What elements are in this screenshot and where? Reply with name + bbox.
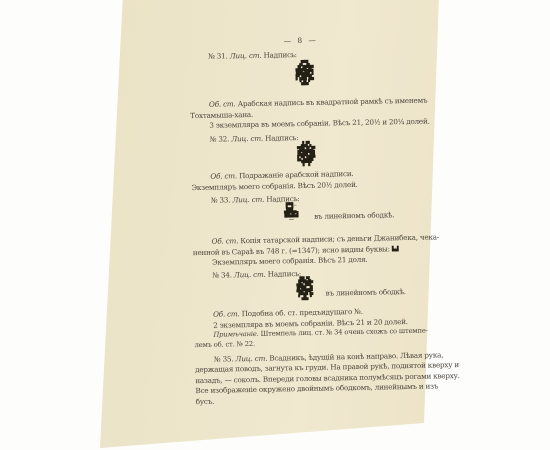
scanned-page-canvas: — 8 — № 31. Лиц. ст. Надпись: ▗▛▜▖ ▟▙█▜▛… [0,0,550,450]
entry-32-copies-line: Экземпляръ моего собранія. Вѣсъ 20¹⁄₂ до… [191,179,357,191]
entry-35-number: № 35. [214,354,234,363]
inscription-31: ▗▛▜▖ ▟▙█▜▛ ▐█▙█▛▌ ▛▟█▜▙ ▝▟▙▘ [285,62,323,86]
entry-32-side: Лиц. ст. [231,133,263,143]
obverse-lead: Об. ст. [212,236,239,246]
entry-32-number: № 32. [210,134,230,143]
inscription-33-row: ····· [275,218,307,223]
inscription-32: ▗▙▛▖ ▜█▟▙▛ ▐▙█▛█▌ ▙▜▟█▛ ▝▛▜▘ [287,143,325,167]
inscription-34-row: ▘▟▙▝ [288,295,322,300]
obverse-lead: Об. ст. [213,309,240,319]
page-number: — 8 — [189,34,413,47]
inscription-34: ▗█▙▜▖ ▟▙▜█▛ ▐▛█▙▟▌ ▜█▟▛▙ ▘▟▙▝ [287,278,321,301]
entry-34-side: Лиц. ст. [234,270,266,280]
entry-32-label: Надпись: [265,133,298,143]
entry-33-label: Надпись: [266,194,299,204]
entry-34-note-line2: лемъ об. ст. № 22. [195,340,255,350]
entry-34-number: № 34. [212,270,232,279]
obverse-lead: Об. ст. [210,171,237,181]
inscription-33: ▛▜ ·· ▟█▙▖ ▐█▟▙▌ ····· [275,204,307,223]
entry-35-line5: бусъ. [196,396,215,405]
entry-33-border-caption: въ линейномъ ободкѣ. [314,210,394,221]
entry-32-heading: № 32. Лиц. ст. Надпись: [210,133,299,144]
entry-33-side: Лиц. ст. [232,194,264,204]
page-text-column: — 8 — № 31. Лиц. ст. Надпись: ▗▛▜▖ ▟▙█▜▛… [188,0,421,450]
entry-31-side: Лиц. ст. [230,51,262,61]
entry-31-obverse-line2: Тохтамыша-хана. [190,109,253,119]
entry-35-side: Лиц. ст. [235,353,267,363]
obverse-text: Подобна об. ст. предъидущаго №. [242,307,363,318]
note-text: Штемпель лиц. ст. № 34 очень схожъ со шт… [260,327,427,338]
obverse-text: Подражаніе арабской надписи. [239,169,354,180]
visible-letters-glyph: ▙▟ [392,247,398,252]
entry-33-number: № 33. [211,195,231,204]
entry-34-border-caption: въ линейномъ ободкѣ. [326,287,406,298]
entry-31-number: № 31. [208,51,228,60]
entry-31-obverse-line1: Об. ст. Арабская надпись въ квадратной р… [209,96,428,109]
entry-33-obverse-line1: Об. ст. Копія татарской надписи; съ день… [212,232,440,245]
inscription-31-row: ▝▟▙▘ [286,80,324,85]
obverse-text: Арабская надпись въ квадратной рамкѣ съ … [238,96,428,109]
entry-31-heading: № 31. Лиц. ст. Надпись: [208,50,297,61]
obverse-text: Копія татарской надписи; съ деньги Джани… [240,232,439,245]
obverse-lead: Об. ст. [209,99,236,109]
inscription-32-row: ▝▛▜▘ [287,161,325,166]
entry-33-copies-line: Экземпляръ моего собранія. Вѣсъ 21 доля. [212,255,368,267]
note-lead: Примѣчаніе. [213,330,258,339]
entry-31-label: Надпись: [263,50,296,60]
